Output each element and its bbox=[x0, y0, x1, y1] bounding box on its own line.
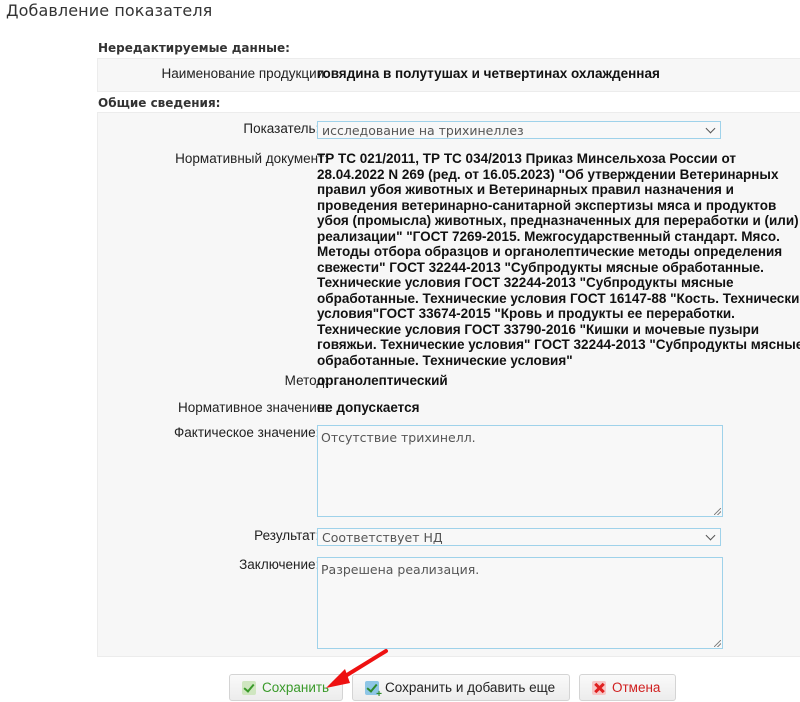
product-value: говядина в полутушах и четвертинах охлаж… bbox=[317, 66, 660, 81]
normative-value-label: Нормативное значение: bbox=[178, 400, 328, 415]
conclusion-text: Разрешена реализация. bbox=[321, 562, 479, 577]
actual-value-text: Отсутствие трихинелл. bbox=[321, 430, 476, 445]
actual-value-label: Фактическое значение:* bbox=[174, 425, 328, 440]
indicator-select[interactable]: исследование на трихинеллез bbox=[317, 121, 721, 139]
normative-value-value: не допускается bbox=[317, 400, 419, 415]
page-title: Добавление показателя bbox=[6, 1, 212, 20]
conclusion-textarea[interactable]: Разрешена реализация. bbox=[317, 557, 723, 649]
cancel-button[interactable]: Отмена bbox=[579, 674, 676, 701]
normative-doc-value: ТР ТС 021/2011, ТР ТС 034/2013 Приказ Ми… bbox=[317, 151, 800, 368]
save-button-label: Сохранить bbox=[262, 680, 329, 695]
conclusion-label: Заключение:* bbox=[239, 557, 328, 572]
general-panel: Показатель:* исследование на трихинеллез… bbox=[97, 112, 800, 657]
result-select[interactable]: Соответствует НД bbox=[317, 528, 721, 546]
resize-grip-icon[interactable] bbox=[714, 640, 721, 647]
chevron-down-icon bbox=[706, 124, 716, 134]
actual-value-textarea[interactable]: Отсутствие трихинелл. bbox=[317, 425, 723, 517]
cancel-button-label: Отмена bbox=[612, 680, 660, 695]
product-label: Наименование продукции: bbox=[162, 66, 328, 81]
general-section-title: Общие сведения: bbox=[98, 96, 220, 110]
check-add-icon bbox=[365, 681, 379, 695]
check-icon bbox=[242, 681, 256, 695]
save-and-add-button-label: Сохранить и добавить еще bbox=[385, 680, 555, 695]
resize-grip-icon[interactable] bbox=[714, 508, 721, 515]
readonly-section-title: Нередактируемые данные: bbox=[98, 41, 290, 55]
save-button[interactable]: Сохранить bbox=[229, 674, 343, 701]
indicator-select-value: исследование на трихинеллез bbox=[322, 123, 524, 138]
readonly-panel: Наименование продукции: говядина в полут… bbox=[97, 58, 800, 92]
normative-doc-label: Нормативный документ: bbox=[175, 151, 328, 166]
result-select-value: Соответствует НД bbox=[322, 530, 443, 545]
save-and-add-button[interactable]: Сохранить и добавить еще bbox=[352, 674, 570, 701]
cancel-x-icon bbox=[592, 681, 606, 695]
chevron-down-icon bbox=[706, 531, 716, 541]
method-value: органолептический bbox=[317, 373, 448, 388]
indicator-label: Показатель:* bbox=[243, 121, 328, 136]
